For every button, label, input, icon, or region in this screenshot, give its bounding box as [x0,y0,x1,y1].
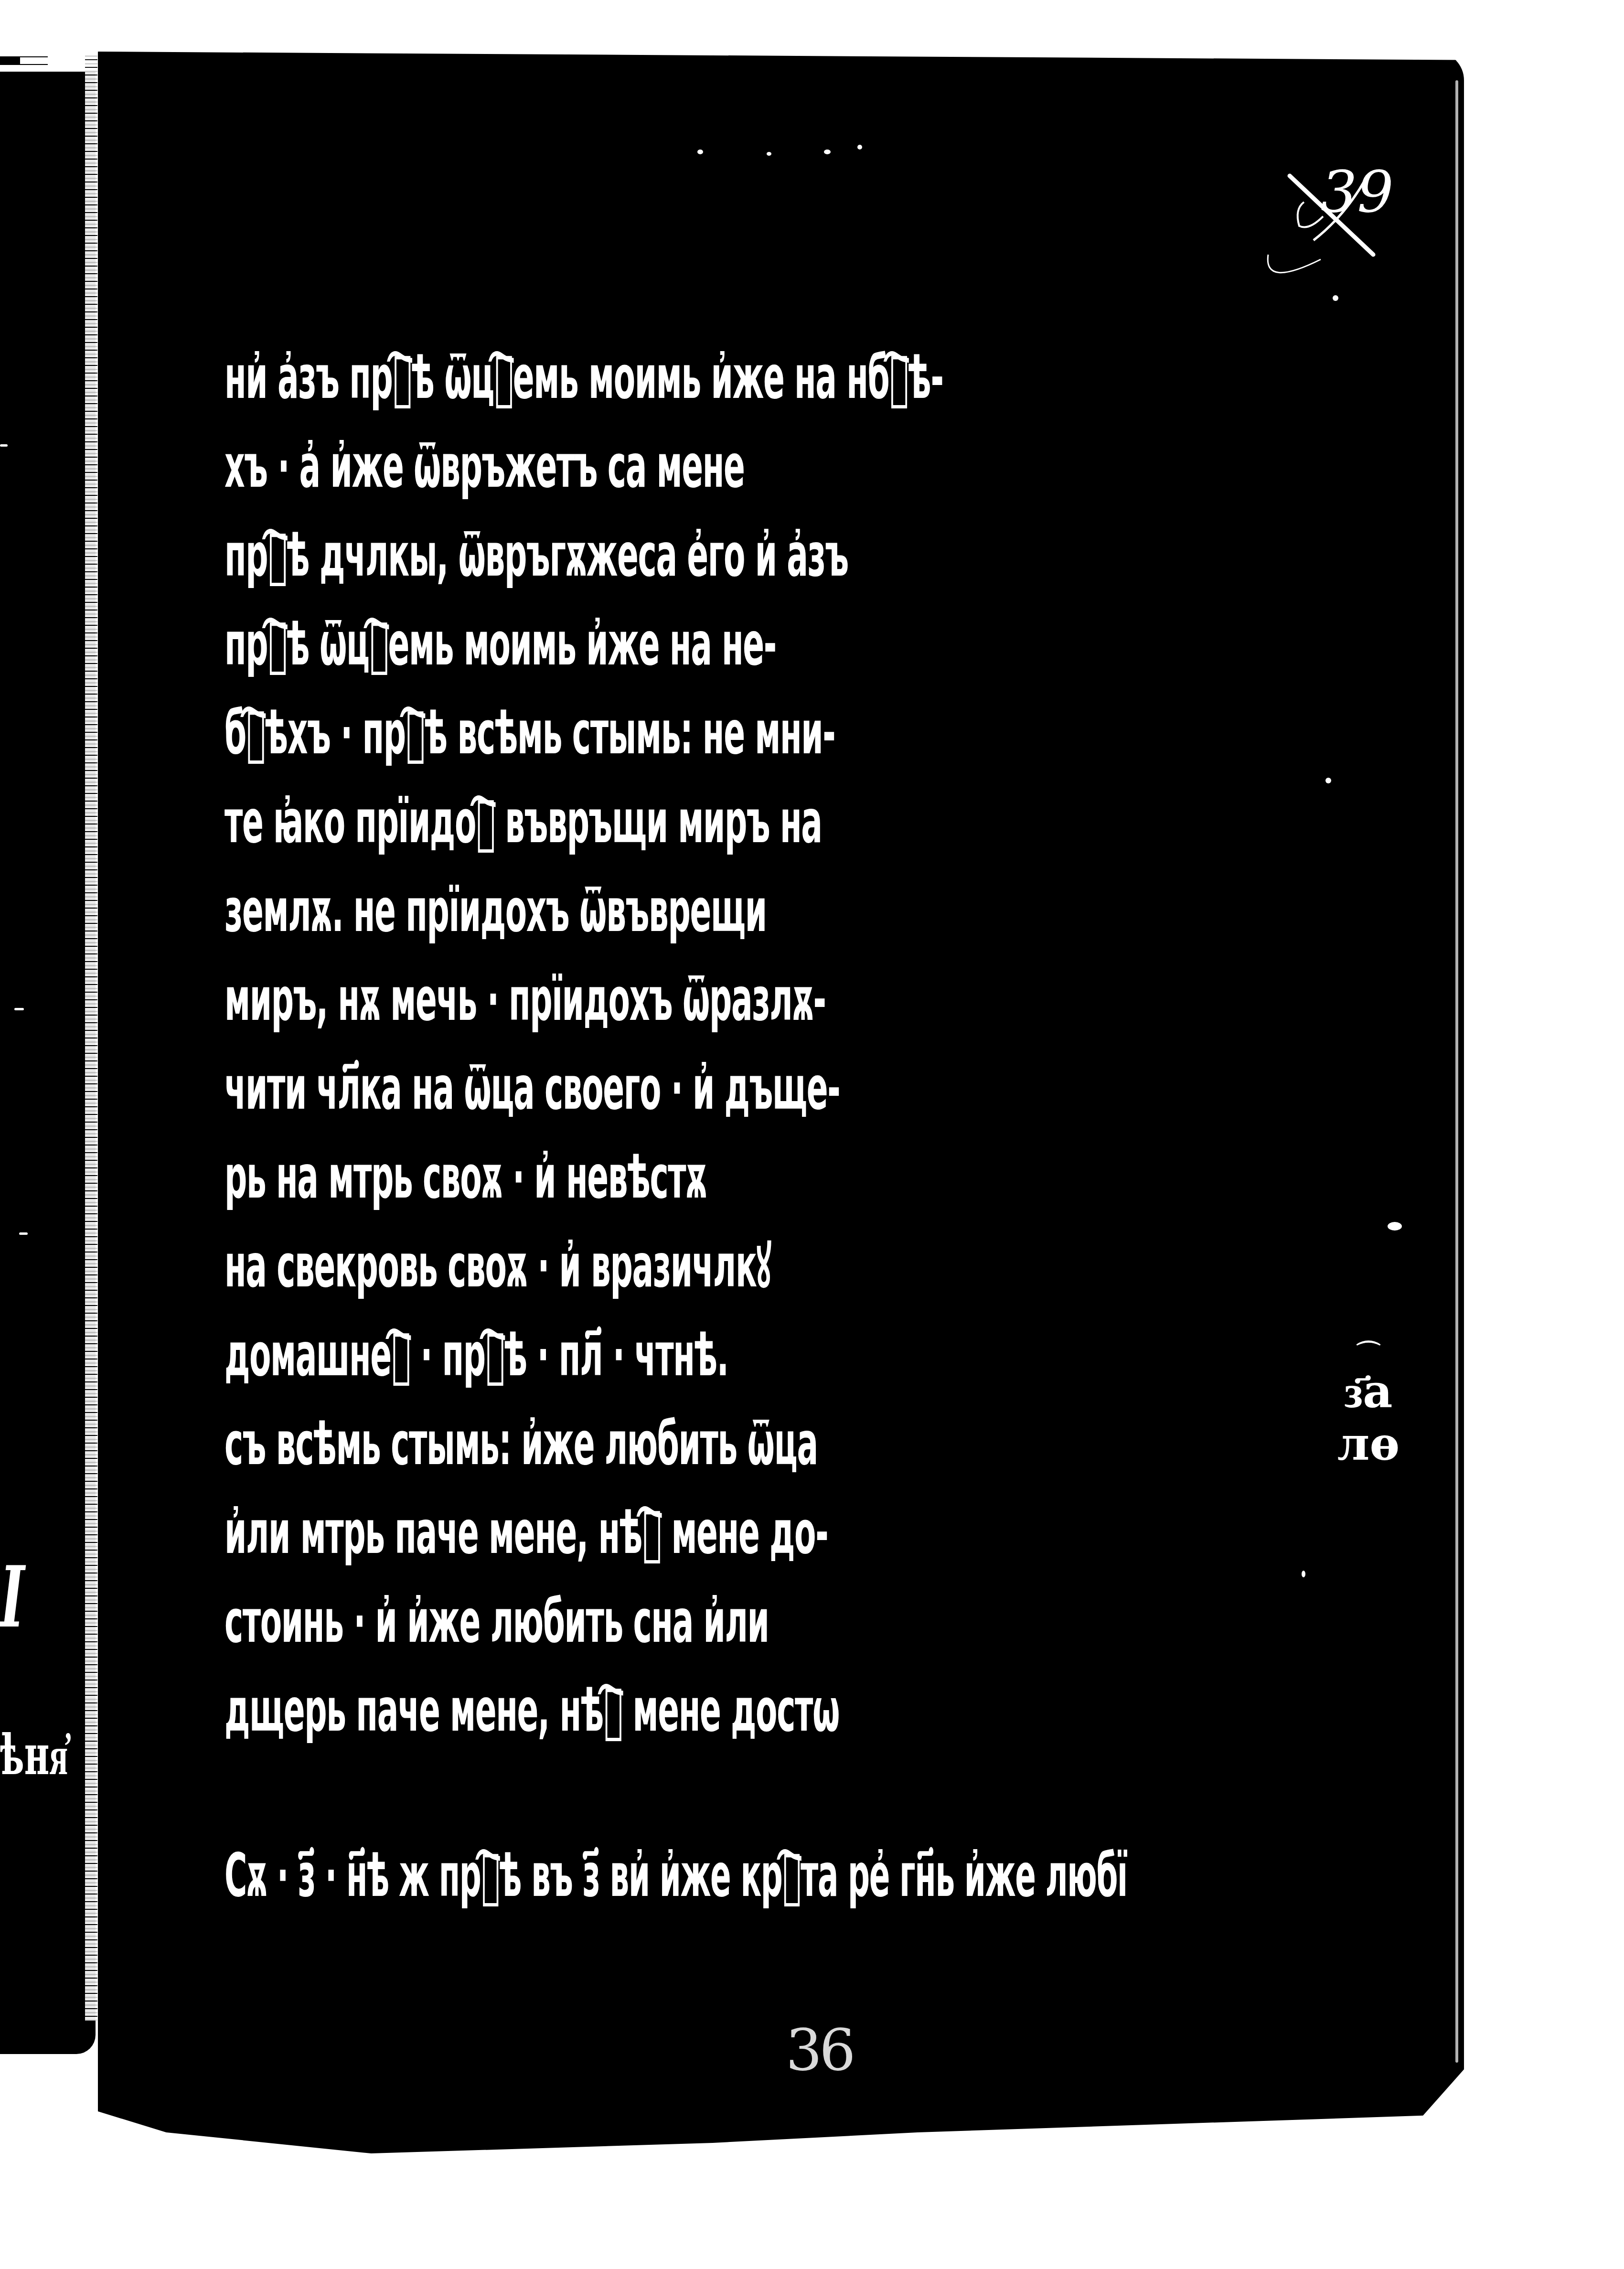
ink-speck [1333,295,1338,301]
scan-background-top [0,0,1624,52]
main-text-block: ни҆ а҆зъ прⷪ҇ѣ ѿцⷷ҇емь моимь и҆же на нбⷭ… [224,333,1204,1920]
titlo-mark: ⌒ [1330,1341,1407,1365]
page-right-edge [1455,80,1458,2063]
bottom-page-number: 36 [786,2017,853,2084]
folio-number-text: 39 [1321,164,1394,221]
ink-speck [1388,1222,1402,1231]
text-line-final-rubric: Сѫ ∙ з҃ ∙ н҃ѣ ж прⷪ҇ѣ въ з҃ ви҆ и҆же крⷭ… [224,1831,1204,1920]
text-line-16: дщерь паче мене, нѣⷭ҇ мене достѡ [224,1666,1204,1755]
ink-speck [767,152,771,156]
prev-page-mark [0,444,8,447]
margin-annotation-line-2: лѳ [1330,1418,1407,1470]
ink-speck [697,150,703,154]
ink-speck [857,145,862,150]
margin-annotation: ⌒ з҃а лѳ [1330,1341,1407,1470]
margin-annotation-line-1: з҃а [1330,1365,1407,1418]
folio-number: 39 [1263,164,1402,274]
ink-speck [824,150,831,154]
prev-page-mark [14,1008,24,1010]
prev-page-initial-letter: I [0,1548,24,1646]
binding-gutter [85,53,97,2021]
ink-speck [1325,778,1331,783]
prev-page-top-edge-gap [20,57,48,64]
prev-page-mark [19,1232,28,1235]
manuscript-page: 39 ни҆ а҆зъ прⷪ҇ѣ ѿцⷷ҇емь моимь и҆же на … [98,52,1464,2153]
previous-page-fragment: I ѣня҆ [0,72,96,2054]
prev-page-word-fragment: ѣня҆ [0,1722,68,1788]
ink-speck [1302,1571,1305,1577]
